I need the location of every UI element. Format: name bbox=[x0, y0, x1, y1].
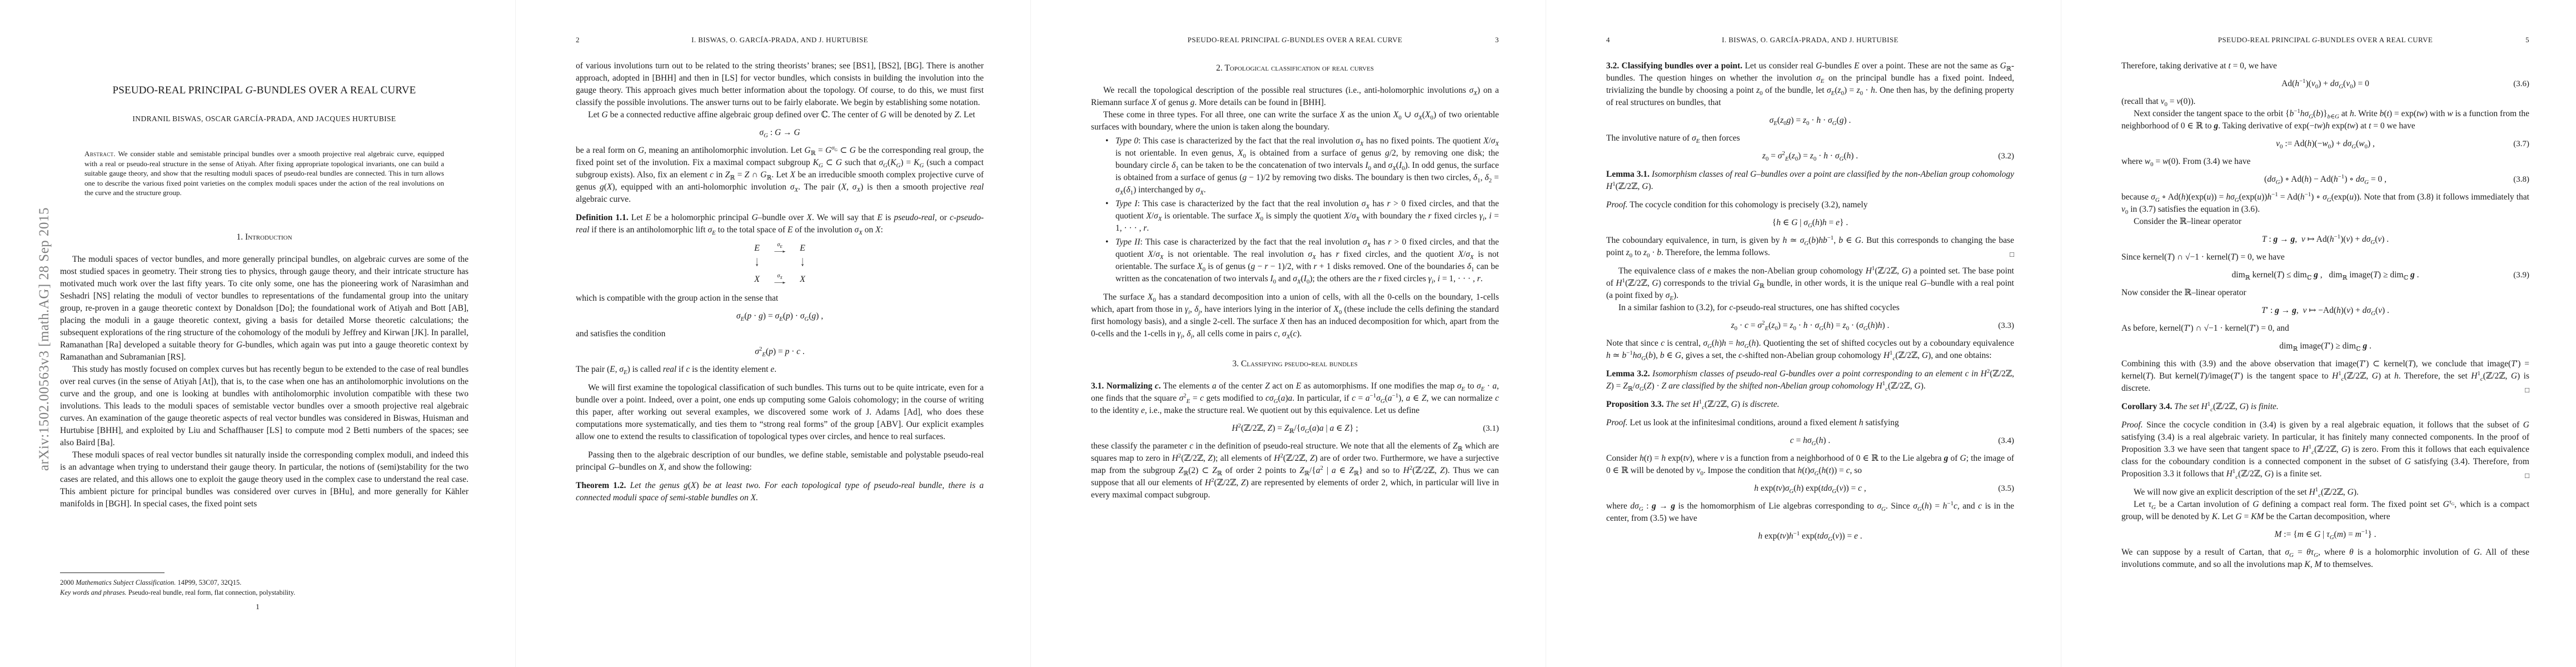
paper-title: PSEUDO-REAL PRINCIPAL G-BUNDLES OVER A R… bbox=[60, 83, 469, 98]
display-equation: T′ : g → g, v ↦ −Ad(h)(v) + dσG(v) . bbox=[2121, 305, 2529, 317]
text-run: be a real form on G, meaning an antiholo… bbox=[576, 146, 984, 204]
page-4-body: 3.2. Classifying bundles over a point. L… bbox=[1606, 60, 2014, 542]
text-run: We will now give an explicit description… bbox=[2134, 487, 2359, 497]
bullet-item: •Type 0: This case is characterized by t… bbox=[1105, 135, 1499, 196]
paragraph: Therefore, taking derivative at t = 0, w… bbox=[2121, 60, 2529, 72]
equation-number: (3.6) bbox=[2513, 78, 2529, 90]
equation-number: (3.2) bbox=[1998, 150, 2014, 162]
paragraph: (recall that v0 = v(0)). bbox=[2121, 96, 2529, 108]
text-run: Let τG be a Cartan involution of G defin… bbox=[2121, 500, 2529, 521]
bullet-text: Type I: This case is characterized by th… bbox=[1115, 198, 1499, 235]
paragraph: where w0 = w(0). From (3.4) we have bbox=[2121, 156, 2529, 168]
page-2-body: of various involutions turn out to be re… bbox=[576, 60, 984, 504]
equation-body: Ad(h−1)(v0) + dσG(v0) = 0 bbox=[2281, 79, 2369, 88]
equation-body: z0 · c = σ2E(z0) = z0 · h · σG(h) = z0 ·… bbox=[1731, 321, 1890, 330]
section-heading: 1. Introduction bbox=[60, 232, 469, 242]
equation-body: σE(z0g) = z0 · h · σG(g) . bbox=[1770, 116, 1851, 125]
paper-page-5: PSEUDO-REAL PRINCIPAL G-BUNDLES OVER A R… bbox=[2061, 0, 2576, 667]
text-run: INDRANIL BISWAS, OSCAR GARCÍA-PRADA, AND… bbox=[132, 115, 396, 123]
running-header: 4 I. BISWAS, O. GARCÍA-PRADA, AND J. HUR… bbox=[1606, 0, 2014, 44]
theorem-block: Lemma 3.2. Isomorphism classes of pseudo… bbox=[1606, 368, 2014, 392]
theorem-block: Definition 1.1. Let E be a holomorphic p… bbox=[576, 212, 984, 236]
theorem-block: Theorem 1.2. Let the genus g(X) be at le… bbox=[576, 480, 984, 504]
text-run: Consider the ℝ–linear operator bbox=[2134, 217, 2241, 226]
right-arrow-icon: → bbox=[770, 278, 789, 286]
equation-body: c = hσG(h) . bbox=[1790, 436, 1830, 445]
paragraph: In a similar fashion to (3.2), for c-pse… bbox=[1606, 302, 2014, 314]
diagram-center bbox=[763, 255, 796, 273]
text-run: The pair (E, σE) is called real if c is … bbox=[576, 365, 776, 374]
paragraph: Next consider the tangent space to the o… bbox=[2121, 108, 2529, 132]
paragraph: Since kernel(T) ∩ √−1 · kernel(T) = 0, w… bbox=[2121, 251, 2529, 263]
text-run: Now consider the ℝ–linear operator bbox=[2121, 288, 2246, 297]
paragraph: these classify the parameter c in the de… bbox=[1091, 440, 1499, 501]
text-run: We can suppose by a result of Cartan, th… bbox=[2121, 547, 2529, 569]
page-3-body: 2. Topological classification of real cu… bbox=[1091, 63, 1499, 501]
qed-box: □ bbox=[2525, 384, 2529, 396]
proof-paragraph: Proof. The cocycle condition for this co… bbox=[1606, 199, 2014, 211]
paragraph: The involutive nature of σE then forces bbox=[1606, 132, 2014, 145]
qed-box: □ bbox=[2010, 248, 2014, 261]
text-run: Next consider the tangent space to the o… bbox=[2121, 109, 2529, 131]
running-title: PSEUDO-REAL PRINCIPAL G-BUNDLES OVER A R… bbox=[1104, 36, 1486, 44]
equation-body: h exp(tv)h−1 exp(tdσG(v)) = e . bbox=[1758, 531, 1862, 541]
equation-body: M := {m ∈ G | τG(m) = m−1} . bbox=[2274, 530, 2376, 539]
text-run: The moduli spaces of vector bundles, and… bbox=[60, 255, 469, 362]
abstract-text: We consider stable and semistable princi… bbox=[84, 150, 444, 197]
text-run: Corollary 3.4. The set H1c(ℤ/2ℤ, G) is f… bbox=[2121, 402, 2279, 411]
display-equation: M := {m ∈ G | τG(m) = m−1} . bbox=[2121, 529, 2529, 541]
text-run: Let G be a connected reductive affine al… bbox=[588, 110, 975, 120]
equation-body: (dσG) ∘ Ad(h) − Ad(h−1) ∘ dσG = 0 , bbox=[2264, 175, 2386, 184]
text-run: (recall that v0 = v(0)). bbox=[2121, 97, 2195, 106]
paragraph: because σG ∘ Ad(h)(exp(u)) = hσG(exp(u))… bbox=[2121, 191, 2529, 216]
running-header: PSEUDO-REAL PRINCIPAL G-BUNDLES OVER A R… bbox=[2121, 0, 2529, 44]
display-equation: (dσG) ∘ Ad(h) − Ad(h−1) ∘ dσG = 0 ,(3.8) bbox=[2121, 173, 2529, 186]
equation-body: T : g → g, v ↦ Ad(h−1)(v) + dσG(v) . bbox=[2262, 235, 2389, 244]
text-run: Consider h(t) = h exp(tv), where v is a … bbox=[1606, 454, 2014, 475]
display-equation: σ2E(p) = p · c . bbox=[576, 346, 984, 358]
paragraph: be a real form on G, meaning an antiholo… bbox=[576, 145, 984, 206]
text-run: 3.1. Normalizing c. The elements a of th… bbox=[1091, 381, 1499, 415]
text-run: of various involutions turn out to be re… bbox=[576, 61, 984, 107]
text-run: Note that since c is central, σG(h)h = h… bbox=[1606, 339, 2014, 360]
equation-number: (3.8) bbox=[2513, 173, 2529, 186]
equation-number: (3.4) bbox=[1998, 435, 2014, 447]
equation-body: σE(p · g) = σE(p) · σG(g) , bbox=[736, 311, 823, 321]
text-run: Lemma 3.2. Isomorphism classes of pseudo… bbox=[1606, 369, 2014, 391]
text-run: these classify the parameter c in the de… bbox=[1091, 441, 1499, 500]
text-run: Lemma 3.1. Isomorphism classes of real G… bbox=[1606, 170, 2014, 191]
display-equation: H2(ℤ/2ℤ, Z) = Zℝ/{σG(a)a | a ∈ Z} ;(3.1) bbox=[1091, 422, 1499, 435]
equation-body: H2(ℤ/2ℤ, Z) = Zℝ/{σG(a)a | a ∈ Z} ; bbox=[1232, 424, 1358, 433]
equation-body: dimℝ image(T′) ≥ dimℂ g . bbox=[2279, 341, 2371, 351]
equation-body: h exp(tv)σG(h) exp(tdσG(v)) = c , bbox=[1754, 484, 1866, 493]
paragraph: We will now give an explicit description… bbox=[2121, 486, 2529, 499]
equation-number: (3.5) bbox=[1998, 482, 2014, 495]
paragraph: Now consider the ℝ–linear operator bbox=[2121, 287, 2529, 299]
text-run: Combining this with (3.9) and the above … bbox=[2121, 359, 2529, 393]
text-run: This study has mostly focused on complex… bbox=[60, 365, 469, 447]
equation-number: (3.9) bbox=[2513, 269, 2529, 281]
display-equation: dimℝ kernel(T) ≤ dimℂ g , dimℝ image(T) … bbox=[2121, 269, 2529, 281]
text-run: The coboundary equivalence, in turn, is … bbox=[1606, 236, 2014, 257]
running-header: 2 I. BISWAS, O. GARCÍA-PRADA, AND J. HUR… bbox=[576, 0, 984, 44]
paper-page-1: arXiv:1502.00563v3 [math.AG] 28 Sep 2015… bbox=[0, 0, 515, 667]
display-equation: σE(p · g) = σE(p) · σG(g) , bbox=[576, 310, 984, 322]
paragraph: Passing then to the algebraic descriptio… bbox=[576, 449, 984, 474]
footnote-rule bbox=[60, 573, 165, 573]
paper-page-3: PSEUDO-REAL PRINCIPAL G-BUNDLES OVER A R… bbox=[1030, 0, 1546, 667]
text-run: which is compatible with the group actio… bbox=[576, 293, 778, 303]
section-heading: 3. Classifying pseudo-real bundles bbox=[1091, 359, 1499, 369]
paragraph: The pair (E, σE) is called real if c is … bbox=[576, 364, 984, 376]
paragraph: The moduli spaces of vector bundles, and… bbox=[60, 253, 469, 364]
right-arrow-icon: → bbox=[770, 247, 789, 255]
paragraph: The surface X0 has a standard decomposit… bbox=[1091, 291, 1499, 340]
page-number: 3 bbox=[1486, 36, 1499, 44]
arxiv-watermark-text: arXiv:1502.00563v3 [math.AG] 28 Sep 2015 bbox=[37, 207, 52, 471]
running-title: PSEUDO-REAL PRINCIPAL G-BUNDLES OVER A R… bbox=[2135, 36, 2516, 44]
display-equation: σE(z0g) = z0 · h · σG(g) . bbox=[1606, 115, 2014, 127]
paragraph: Consider h(t) = h exp(tv), where v is a … bbox=[1606, 452, 2014, 477]
paragraph: Combining this with (3.9) and the above … bbox=[2121, 358, 2529, 395]
text-run: We recall the topological description of… bbox=[1091, 86, 1499, 107]
text-run: Theorem 1.2. Let the genus g(X) be at le… bbox=[576, 481, 984, 502]
theorem-block: Lemma 3.1. Isomorphism classes of real G… bbox=[1606, 168, 2014, 193]
equation-number: (3.7) bbox=[2513, 138, 2529, 150]
text-run: 2. Topological classification of real cu… bbox=[1216, 63, 1374, 73]
text-run: Proposition 3.3. The set H1c(ℤ/2ℤ, G) is… bbox=[1606, 400, 1780, 409]
down-arrow-icon: ↓ bbox=[796, 248, 809, 280]
bullet-icon: • bbox=[1105, 236, 1115, 285]
diagram-arrow: σE→ bbox=[763, 242, 796, 255]
running-header: PSEUDO-REAL PRINCIPAL G-BUNDLES OVER A R… bbox=[1091, 0, 1499, 44]
text-run: In a similar fashion to (3.2), for c-pse… bbox=[1618, 303, 1900, 312]
display-equation: z0 · c = σ2E(z0) = z0 · h · σG(h) = z0 ·… bbox=[1606, 320, 2014, 332]
paragraph: Let τG be a Cartan involution of G defin… bbox=[2121, 499, 2529, 523]
text-run: because σG ∘ Ad(h)(exp(u)) = hσG(exp(u))… bbox=[2121, 192, 2529, 214]
proof-paragraph: Proof. Let us look at the infinitesimal … bbox=[1606, 417, 2014, 429]
text-run: Proof. Since the cocycle condition in (3… bbox=[2121, 420, 2529, 479]
paragraph: Let G be a connected reductive affine al… bbox=[576, 109, 984, 121]
paragraph: and satisfies the condition bbox=[576, 328, 984, 340]
text-run: Proof. The cocycle condition for this co… bbox=[1606, 200, 1868, 210]
text-run: 1 bbox=[256, 603, 260, 611]
paragraph: The coboundary equivalence, in turn, is … bbox=[1606, 235, 2014, 259]
display-equation: c = hσG(h) .(3.4) bbox=[1606, 435, 2014, 447]
text-run: These come in three types. For all three… bbox=[1091, 110, 1499, 132]
paragraph: As before, kernel(T′) ∩ √−1 · kernel(T′)… bbox=[2121, 322, 2529, 335]
diagram-arrow: σX→ bbox=[763, 273, 796, 286]
text-run: and satisfies the condition bbox=[576, 329, 665, 339]
equation-body: v0 := Ad(h)(−w0) + dσG(w0) , bbox=[2276, 139, 2375, 148]
equation-body: σ2E(p) = p · c . bbox=[755, 347, 805, 356]
paragraph: We will first examine the topological cl… bbox=[576, 382, 984, 443]
bullet-item: •Type II: This case is characterized by … bbox=[1105, 236, 1499, 285]
running-title: I. BISWAS, O. GARCÍA-PRADA, AND J. HURTU… bbox=[1620, 36, 2001, 44]
text-run: These moduli spaces of real vector bundl… bbox=[60, 450, 469, 509]
text-run: We will first examine the topological cl… bbox=[576, 383, 984, 441]
page-number: 4 bbox=[1606, 36, 1620, 44]
display-equation: v0 := Ad(h)(−w0) + dσG(w0) ,(3.7) bbox=[2121, 138, 2529, 150]
page-number: 1 bbox=[0, 603, 515, 611]
page-number: 2 bbox=[576, 36, 589, 44]
text-run: The involutive nature of σE then forces bbox=[1606, 133, 1740, 143]
paragraph: This study has mostly focused on complex… bbox=[60, 364, 469, 449]
theorem-block: Proposition 3.3. The set H1c(ℤ/2ℤ, G) is… bbox=[1606, 399, 2014, 411]
theorem-block: Corollary 3.4. The set H1c(ℤ/2ℤ, G) is f… bbox=[2121, 401, 2529, 413]
paragraph: We recall the topological description of… bbox=[1091, 84, 1499, 109]
equation-body: dimℝ kernel(T) ≤ dimℂ g , dimℝ image(T) … bbox=[2232, 270, 2419, 280]
paragraph: where dσG : g → g is the homomorphism of… bbox=[1606, 500, 2014, 525]
paragraph: The equivalence class of e makes the non… bbox=[1606, 265, 2014, 302]
display-equation: h exp(tv)σG(h) exp(tdσG(v)) = c ,(3.5) bbox=[1606, 482, 2014, 495]
down-arrow-icon: ↓ bbox=[751, 248, 763, 280]
abstract-label: Abstract. bbox=[84, 150, 116, 158]
equation-body: {h ∈ G | σG(h)h = e} . bbox=[1772, 218, 1848, 227]
page-number: 5 bbox=[2516, 36, 2529, 44]
paragraph: These moduli spaces of real vector bundl… bbox=[60, 449, 469, 510]
display-equation: {h ∈ G | σG(h)h = e} . bbox=[1606, 217, 2014, 229]
text-run: As before, kernel(T′) ∩ √−1 · kernel(T′)… bbox=[2121, 323, 2289, 333]
equation-number: (3.3) bbox=[1998, 320, 2014, 332]
paragraph: 3.2. Classifying bundles over a point. L… bbox=[1606, 60, 2014, 109]
equation-body: T′ : g → g, v ↦ −Ad(h)(v) + dσG(v) . bbox=[2261, 306, 2389, 315]
text-run: Since kernel(T) ∩ √−1 · kernel(T) = 0, w… bbox=[2121, 252, 2285, 262]
footnote-text: 2000 Mathematics Subject Classification.… bbox=[60, 578, 469, 598]
text-run: Definition 1.1. Let E be a holomorphic p… bbox=[576, 213, 984, 235]
display-equation: h exp(tv)h−1 exp(tdσG(v)) = e . bbox=[1606, 530, 2014, 542]
commutative-diagram: EσE→E↓↓XσX→X bbox=[576, 242, 984, 286]
bullet-icon: • bbox=[1105, 198, 1115, 235]
text-run: Passing then to the algebraic descriptio… bbox=[576, 450, 984, 472]
bullet-text: Type 0: This case is characterized by th… bbox=[1115, 135, 1499, 196]
display-equation: σG : G → G bbox=[576, 127, 984, 139]
text-run: 3. Classifying pseudo-real bundles bbox=[1232, 359, 1357, 369]
bullet-icon: • bbox=[1105, 135, 1115, 196]
pdf-paper-view: arXiv:1502.00563v3 [math.AG] 28 Sep 2015… bbox=[0, 0, 2576, 667]
paper-page-2: 2 I. BISWAS, O. GARCÍA-PRADA, AND J. HUR… bbox=[515, 0, 1030, 667]
paragraph: These come in three types. For all three… bbox=[1091, 109, 1499, 133]
paragraph: Consider the ℝ–linear operator bbox=[2121, 216, 2529, 228]
bullet-text: Type II: This case is characterized by t… bbox=[1115, 236, 1499, 285]
text-run: 3.2. Classifying bundles over a point. L… bbox=[1606, 61, 2014, 107]
running-title: I. BISWAS, O. GARCÍA-PRADA, AND J. HURTU… bbox=[589, 36, 970, 44]
paragraph: of various involutions turn out to be re… bbox=[576, 60, 984, 109]
paragraph: 3.1. Normalizing c. The elements a of th… bbox=[1091, 380, 1499, 417]
page-5-body: Therefore, taking derivative at t = 0, w… bbox=[2121, 60, 2529, 571]
qed-box: □ bbox=[2525, 470, 2529, 482]
text-run: The equivalence class of e makes the non… bbox=[1606, 266, 2014, 300]
paragraph: Note that since c is central, σG(h)h = h… bbox=[1606, 337, 2014, 362]
text-run: where dσG : g → g is the homomorphism of… bbox=[1606, 501, 2014, 523]
display-equation: z0 = σ2E(z0) = z0 · h · σG(h) .(3.2) bbox=[1606, 150, 2014, 162]
display-equation: T : g → g, v ↦ Ad(h−1)(v) + dσG(v) . bbox=[2121, 233, 2529, 246]
footnote: 2000 Mathematics Subject Classification.… bbox=[60, 573, 469, 598]
text-run: PSEUDO-REAL PRINCIPAL G-BUNDLES OVER A R… bbox=[113, 84, 416, 96]
proof-paragraph: Proof. Since the cocycle condition in (3… bbox=[2121, 419, 2529, 480]
paper-page-4: 4 I. BISWAS, O. GARCÍA-PRADA, AND J. HUR… bbox=[1546, 0, 2061, 667]
equation-body: σG : G → G bbox=[759, 128, 800, 137]
abstract: Abstract. We consider stable and semista… bbox=[84, 149, 444, 198]
text-run: 1. Introduction bbox=[236, 232, 292, 242]
text-run: The surface X0 has a standard decomposit… bbox=[1091, 292, 1499, 339]
display-equation: Ad(h−1)(v0) + dσG(v0) = 0(3.6) bbox=[2121, 78, 2529, 90]
display-equation: dimℝ image(T′) ≥ dimℂ g . bbox=[2121, 340, 2529, 352]
equation-body: z0 = σ2E(z0) = z0 · h · σG(h) . bbox=[1762, 151, 1858, 161]
text-run: Proof. Let us look at the infinitesimal … bbox=[1606, 418, 1899, 427]
paragraph: We can suppose by a result of Cartan, th… bbox=[2121, 546, 2529, 571]
page-1-body: PSEUDO-REAL PRINCIPAL G-BUNDLES OVER A R… bbox=[60, 0, 469, 510]
bullet-item: •Type I: This case is characterized by t… bbox=[1105, 198, 1499, 235]
text-run: Therefore, taking derivative at t = 0, w… bbox=[2121, 61, 2277, 71]
paragraph: which is compatible with the group actio… bbox=[576, 292, 984, 305]
authors-line: INDRANIL BISWAS, OSCAR GARCÍA-PRADA, AND… bbox=[60, 115, 469, 123]
text-run: where w0 = w(0). From (3.4) we have bbox=[2121, 157, 2250, 166]
equation-number: (3.1) bbox=[1483, 422, 1499, 435]
section-heading: 2. Topological classification of real cu… bbox=[1091, 63, 1499, 73]
